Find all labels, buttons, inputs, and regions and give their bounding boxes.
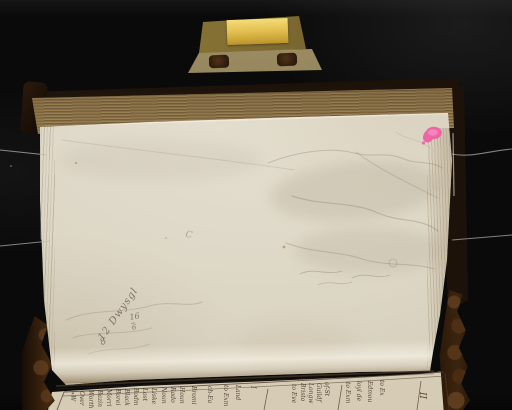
printed-frame-right — [445, 373, 449, 410]
pink-mark — [422, 127, 442, 145]
printed-frame-left — [57, 392, 64, 410]
pink-mark-dot — [422, 141, 425, 144]
wire-left-bottom — [0, 241, 50, 246]
pink-mark-highlight — [428, 129, 438, 135]
printed-frame-top — [64, 372, 444, 392]
printed-column-divider — [338, 385, 342, 410]
wire-right-bottom — [452, 235, 512, 240]
page-clip-right — [453, 133, 454, 196]
printed-column-divider — [264, 389, 268, 410]
wire-left-top — [0, 150, 47, 155]
overlay — [0, 0, 512, 410]
wire-right-top — [452, 149, 512, 155]
mounting-wires — [0, 149, 512, 246]
background-speck — [10, 165, 12, 167]
page-clip-left — [41, 149, 49, 241]
printed-column-divider — [417, 381, 421, 410]
photograph-of-open-sketchbook: ∗WOverWorthBazinMorriBoreiBlackBodmLostL… — [0, 0, 512, 410]
